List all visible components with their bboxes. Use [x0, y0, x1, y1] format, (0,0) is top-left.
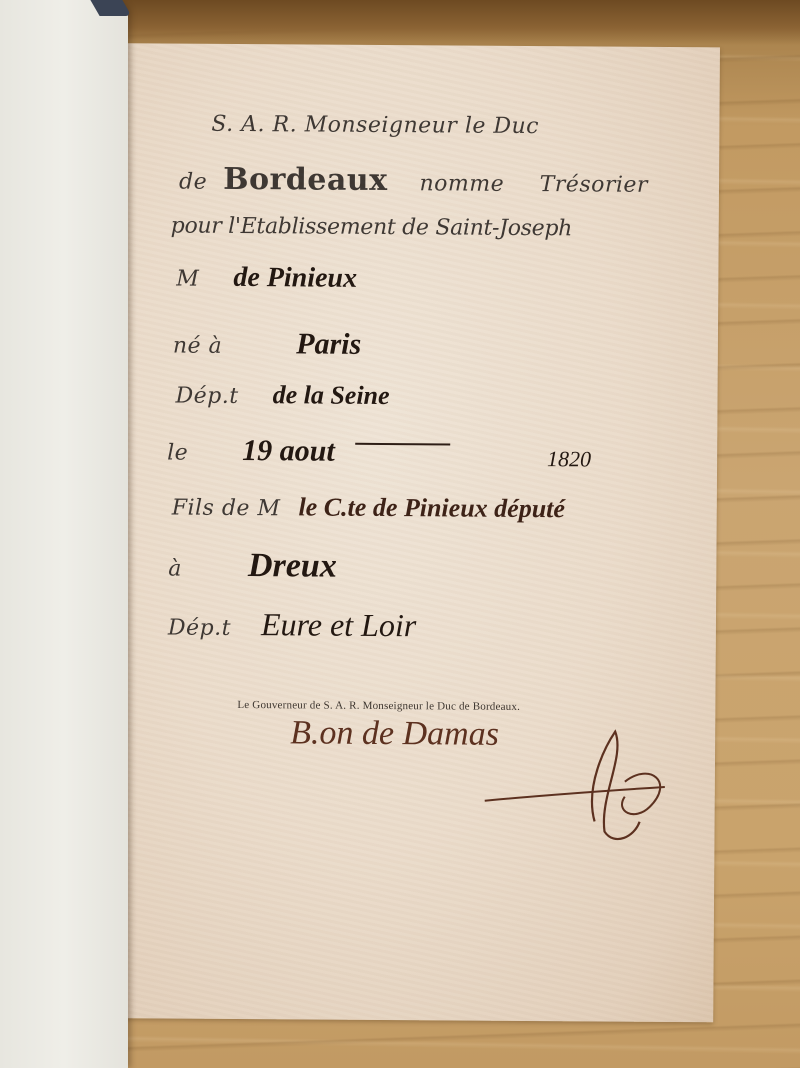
field-label: le — [167, 440, 188, 465]
field-label: né à — [173, 334, 222, 359]
bordeaux-title: Bordeaux — [223, 162, 388, 198]
field-label: Dép.t — [175, 384, 238, 409]
inscribed-page: S. A. R. Monseigneur le Duc de Bordeaux … — [93, 43, 720, 1022]
birth-year: 1820 — [547, 446, 591, 472]
field-birthdate: le 19 aout — [167, 433, 335, 468]
blank-flyleaf — [0, 0, 128, 1068]
field-value: de Pinieux — [233, 262, 357, 294]
field-father: Fils de M le C.te de Pinieux député — [172, 492, 565, 525]
header-line-1: S. A. R. Monseigneur le Duc — [211, 112, 539, 139]
field-father-department: Dép.t Eure et Loir — [168, 605, 417, 644]
field-label: à — [168, 556, 182, 581]
field-birth-department: Dép.t de la Seine — [175, 380, 389, 411]
field-father-place: à Dreux — [168, 546, 337, 585]
signature-flourish-icon — [474, 726, 695, 858]
field-value: de la Seine — [273, 380, 390, 410]
field-name: M de Pinieux — [176, 262, 357, 295]
header-line-2: de Bordeaux nomme Trésorier — [179, 162, 648, 200]
field-value: Eure et Loir — [261, 606, 416, 643]
field-value: Paris — [296, 327, 361, 360]
header-suffix: nomme Trésorier — [419, 171, 648, 198]
field-value: le C.te de Pinieux député — [298, 492, 565, 523]
governor-caption: Le Gouverneur de S. A. R. Monseigneur le… — [237, 699, 520, 713]
field-label: M — [176, 267, 199, 292]
field-birthplace: né à Paris — [173, 327, 362, 362]
field-label: Dép.t — [168, 615, 231, 640]
signature: B.on de Damas — [290, 714, 499, 753]
header-line-3: pour l'Etablissement de Saint-Joseph — [171, 213, 573, 241]
field-value: Dreux — [248, 547, 337, 585]
field-value: 19 aout — [242, 434, 335, 468]
header-prefix: de — [179, 170, 207, 195]
field-label: Fils de M — [172, 496, 281, 522]
date-underline — [355, 443, 450, 446]
